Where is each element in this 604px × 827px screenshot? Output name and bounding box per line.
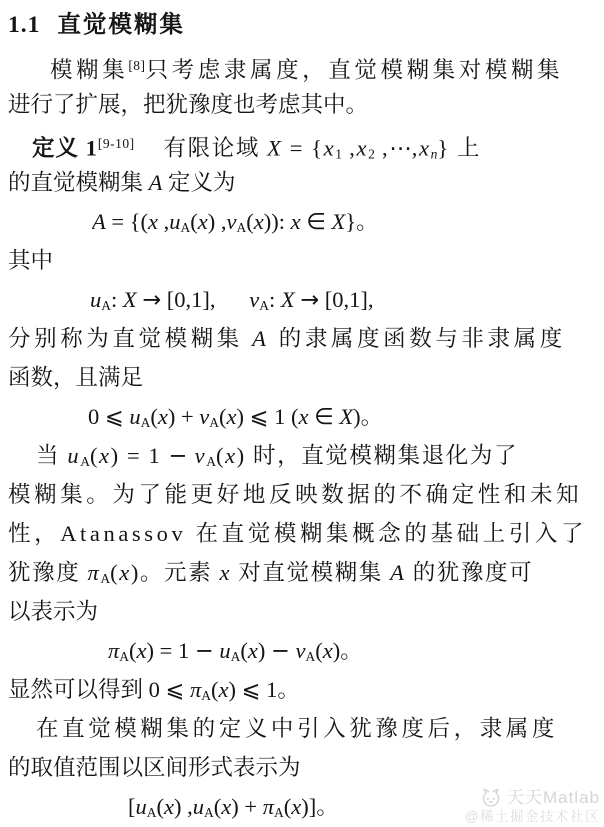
text-run: x bbox=[291, 209, 301, 234]
definition-line-2: 的直觉模糊集 A 定义为 bbox=[8, 163, 596, 202]
text-run: x bbox=[221, 794, 231, 819]
text-run: 的直觉模糊集 bbox=[8, 170, 149, 195]
text-run: ( bbox=[246, 209, 254, 234]
text-run: = {( bbox=[106, 209, 148, 234]
text-run: → bbox=[300, 287, 319, 313]
text-run: 分别称为直觉模糊集 bbox=[8, 326, 252, 351]
body-line-9: 犹豫度 πA(x)。元素 x 对直觉模糊集 A 的犹豫度可 bbox=[8, 553, 596, 592]
text-run: X bbox=[331, 209, 345, 234]
watermark-title: 天天Matlab bbox=[507, 789, 600, 808]
text-run: − bbox=[169, 443, 188, 469]
text-run: )。元素 bbox=[131, 560, 220, 585]
text-run: x bbox=[219, 560, 231, 585]
text-run: [0,1], bbox=[319, 287, 373, 312]
text-run: 的犹豫度可 bbox=[405, 560, 533, 585]
text-run: u bbox=[136, 794, 147, 819]
text-run: x bbox=[158, 404, 168, 429]
text-run: ) + bbox=[168, 404, 199, 429]
text-run: v bbox=[295, 638, 305, 663]
cat-logo-icon bbox=[480, 787, 502, 809]
text-run: ( bbox=[129, 638, 137, 663]
text-run: ⩽ bbox=[242, 677, 261, 703]
text-run: A bbox=[92, 209, 106, 234]
text-run: 性，Atanassov 在直觉模糊集概念的基础上引入了 bbox=[8, 521, 587, 546]
text-run: [ bbox=[128, 794, 136, 819]
text-run: 有限论域 bbox=[135, 135, 268, 160]
text-run: 犹豫度 bbox=[8, 560, 88, 585]
text-run: ( bbox=[157, 794, 165, 819]
text-run: ( bbox=[90, 443, 99, 468]
text-run: x bbox=[219, 677, 229, 702]
text-run: 进行了扩展，把犹豫度也考虑其中。 bbox=[8, 92, 368, 117]
text-run: v bbox=[195, 443, 207, 468]
text-run: 0 bbox=[88, 404, 105, 429]
formula-hesitancy-degree: πA(x) = 1 − uA(x) − vA(x)。 bbox=[108, 631, 596, 670]
text-run: [9-10] bbox=[98, 136, 135, 151]
text-run: x bbox=[291, 794, 301, 819]
text-run: ( bbox=[240, 638, 248, 663]
text-run: u bbox=[67, 443, 80, 468]
text-run: x bbox=[137, 638, 147, 663]
text-run: 模糊集。为了能更好地反映数据的不确定性和未知 bbox=[8, 482, 582, 507]
text-run: x bbox=[323, 638, 333, 663]
body-line-4: 分别称为直觉模糊集 A 的隶属度函数与非隶属度 bbox=[8, 319, 596, 358]
text-run: ) + bbox=[231, 794, 262, 819]
text-run: A bbox=[80, 454, 90, 469]
text-run: X bbox=[123, 287, 137, 312]
text-run: 显然可以得到 0 bbox=[8, 677, 166, 702]
text-run: ⋯ bbox=[389, 135, 412, 161]
text-run: x bbox=[148, 209, 158, 234]
body-line-1: 模糊集[8]只考虑隶属度，直觉模糊集对模糊集 bbox=[8, 46, 596, 85]
text-run: 在直觉模糊集的定义中引入犹豫度后，隶属度 bbox=[36, 716, 558, 741]
text-run: x bbox=[356, 135, 368, 160]
text-run: ) = 1 bbox=[147, 638, 195, 663]
text-run: , bbox=[375, 135, 389, 160]
body-line-6: 当 uA(x) = 1 − vA(x) 时，直觉模糊集退化为了 bbox=[8, 436, 596, 475]
body-line-3: 其中 bbox=[8, 241, 596, 280]
text-run: A bbox=[206, 454, 216, 469]
text-run: π bbox=[190, 677, 201, 702]
text-run: ( bbox=[216, 443, 225, 468]
text-run: A bbox=[100, 571, 110, 586]
text-run: X bbox=[281, 287, 295, 312]
body-line-7: 模糊集。为了能更好地反映数据的不确定性和未知 bbox=[8, 475, 596, 514]
text-run: 定义 1 bbox=[32, 135, 98, 160]
text-run: ⩽ bbox=[166, 677, 185, 703]
text-run: A bbox=[141, 415, 151, 430]
text-run: v bbox=[226, 209, 236, 234]
body-line-11: 显然可以得到 0 ⩽ πA(x) ⩽ 1。 bbox=[8, 670, 596, 709]
text-run: x bbox=[419, 135, 431, 160]
text-run: [0,1], bbox=[161, 287, 249, 312]
text-run: 以表示为 bbox=[8, 599, 98, 624]
text-run: u bbox=[169, 209, 180, 234]
text-run: − bbox=[195, 638, 214, 664]
text-run: A bbox=[259, 298, 269, 313]
text-run: ) , bbox=[208, 209, 227, 234]
text-run: X bbox=[339, 404, 353, 429]
text-run: ) 时，直觉模糊集退化为了 bbox=[237, 443, 518, 468]
watermark: 天天Matlab @稀土掘金技术社区 bbox=[465, 787, 600, 825]
text-run: ) bbox=[258, 638, 271, 663]
text-run: u bbox=[129, 404, 140, 429]
watermark-title-row: 天天Matlab bbox=[465, 787, 600, 809]
text-run bbox=[187, 443, 194, 468]
text-run: x bbox=[227, 404, 237, 429]
text-run: 1。 bbox=[261, 677, 300, 702]
body-line-2: 进行了扩展，把犹豫度也考虑其中。 bbox=[8, 85, 596, 124]
text-run: ) bbox=[229, 677, 242, 702]
text-run: X bbox=[267, 135, 282, 160]
text-run: ⩽ bbox=[250, 404, 269, 430]
text-run: ∈ bbox=[314, 404, 334, 430]
text-run: , bbox=[412, 135, 419, 160]
formula-ifs-definition: A = {(x ,uA(x) ,vA(x)): x ∈ X}。 bbox=[92, 202, 596, 241]
text-run: A bbox=[204, 805, 214, 820]
text-run: x bbox=[164, 794, 174, 819]
text-run: , bbox=[158, 209, 169, 234]
text-run: x bbox=[299, 404, 309, 429]
definition-line-1: 定义 1[9-10] 有限论域 X = {x1 ,x2 ,⋯,xn} 上 bbox=[8, 124, 596, 163]
text-run: A bbox=[252, 326, 269, 351]
text-run: π bbox=[263, 794, 274, 819]
text-run: A bbox=[201, 688, 211, 703]
text-run: 当 bbox=[36, 443, 67, 468]
section-number: 1.1 bbox=[8, 12, 40, 38]
text-run: u bbox=[90, 287, 101, 312]
text-run: x bbox=[225, 443, 237, 468]
text-run: A bbox=[147, 805, 157, 820]
formula-membership-maps: uA: X → [0,1], vA: X → [0,1], bbox=[90, 280, 596, 319]
text-run: x bbox=[324, 135, 336, 160]
text-run: ) bbox=[237, 404, 250, 429]
text-run: x bbox=[248, 638, 258, 663]
text-run: 函数，且满足 bbox=[8, 365, 143, 390]
text-run: x bbox=[119, 560, 131, 585]
text-run: 2 bbox=[368, 146, 375, 161]
text-run: 的取值范围以区间形式表示为 bbox=[8, 755, 301, 780]
text-run: ( bbox=[219, 404, 227, 429]
text-run: 其中 bbox=[8, 248, 53, 273]
body-line-8: 性，Atanassov 在直觉模糊集概念的基础上引入了 bbox=[8, 514, 596, 553]
text-run: → bbox=[142, 287, 161, 313]
text-run: 只考虑隶属度，直觉模糊集对模糊集 bbox=[146, 57, 564, 82]
text-run: 对直觉模糊集 bbox=[231, 560, 390, 585]
text-run: x bbox=[99, 443, 111, 468]
text-run: A bbox=[236, 220, 246, 235]
text-run: ( bbox=[190, 209, 198, 234]
text-run: A bbox=[274, 805, 284, 820]
text-run: : bbox=[111, 287, 123, 312]
text-run: v bbox=[199, 404, 209, 429]
text-run: A bbox=[231, 649, 241, 664]
text-run: A bbox=[101, 298, 111, 313]
text-run: A bbox=[209, 415, 219, 430]
text-run: u bbox=[219, 638, 230, 663]
watermark-subtitle: @稀土掘金技术社区 bbox=[465, 810, 600, 825]
text-run: π bbox=[108, 638, 119, 663]
text-run: ∈ bbox=[306, 209, 326, 235]
body-line-10: 以表示为 bbox=[8, 592, 596, 631]
text-run: A bbox=[119, 649, 129, 664]
text-run: 定义为 bbox=[162, 170, 235, 195]
text-run: : bbox=[269, 287, 281, 312]
body-line-5: 函数，且满足 bbox=[8, 358, 596, 397]
text-run: ( bbox=[315, 638, 323, 663]
text-run: ) , bbox=[174, 794, 193, 819]
text-run: A bbox=[305, 649, 315, 664]
text-run: A bbox=[180, 220, 190, 235]
text-run: π bbox=[88, 560, 101, 585]
text-run: )): bbox=[264, 209, 291, 234]
text-run: 1 bbox=[335, 146, 342, 161]
text-run: ( bbox=[150, 404, 158, 429]
text-run: A bbox=[149, 170, 163, 195]
body-line-13: 的取值范围以区间形式表示为 bbox=[8, 748, 596, 787]
body-line-12: 在直觉模糊集的定义中引入犹豫度后，隶属度 bbox=[8, 709, 596, 748]
text-run: )。 bbox=[333, 638, 363, 663]
paper-page: 1.1直觉模糊集 模糊集[8]只考虑隶属度，直觉模糊集对模糊集 进行了扩展，把犹… bbox=[0, 0, 604, 827]
text-run: ( bbox=[211, 677, 219, 702]
text-run: x bbox=[198, 209, 208, 234]
section-heading: 1.1直觉模糊集 bbox=[8, 6, 596, 46]
text-run: ( bbox=[110, 560, 119, 585]
text-run: ) = 1 bbox=[111, 443, 169, 468]
text-run: )]。 bbox=[301, 794, 339, 819]
formula-sum-constraint: 0 ⩽ uA(x) + vA(x) ⩽ 1 (x ∈ X)。 bbox=[88, 397, 596, 436]
section-title: 直觉模糊集 bbox=[57, 12, 185, 38]
text-run: [8] bbox=[128, 58, 145, 73]
text-run: ⩽ bbox=[105, 404, 124, 430]
text-run: − bbox=[271, 638, 290, 664]
text-run: u bbox=[193, 794, 204, 819]
text-run: 1 ( bbox=[269, 404, 299, 429]
text-run: 的隶属度函数与非隶属度 bbox=[270, 326, 566, 351]
text-run: , bbox=[342, 135, 356, 160]
text-run: A bbox=[390, 560, 405, 585]
text-run: 模糊集 bbox=[50, 57, 128, 82]
text-run: = { bbox=[283, 135, 324, 160]
text-run: )。 bbox=[353, 404, 383, 429]
text-run: } 上 bbox=[437, 135, 481, 160]
text-run: x bbox=[254, 209, 264, 234]
text-run: v bbox=[249, 287, 259, 312]
text-run: }。 bbox=[345, 209, 378, 234]
